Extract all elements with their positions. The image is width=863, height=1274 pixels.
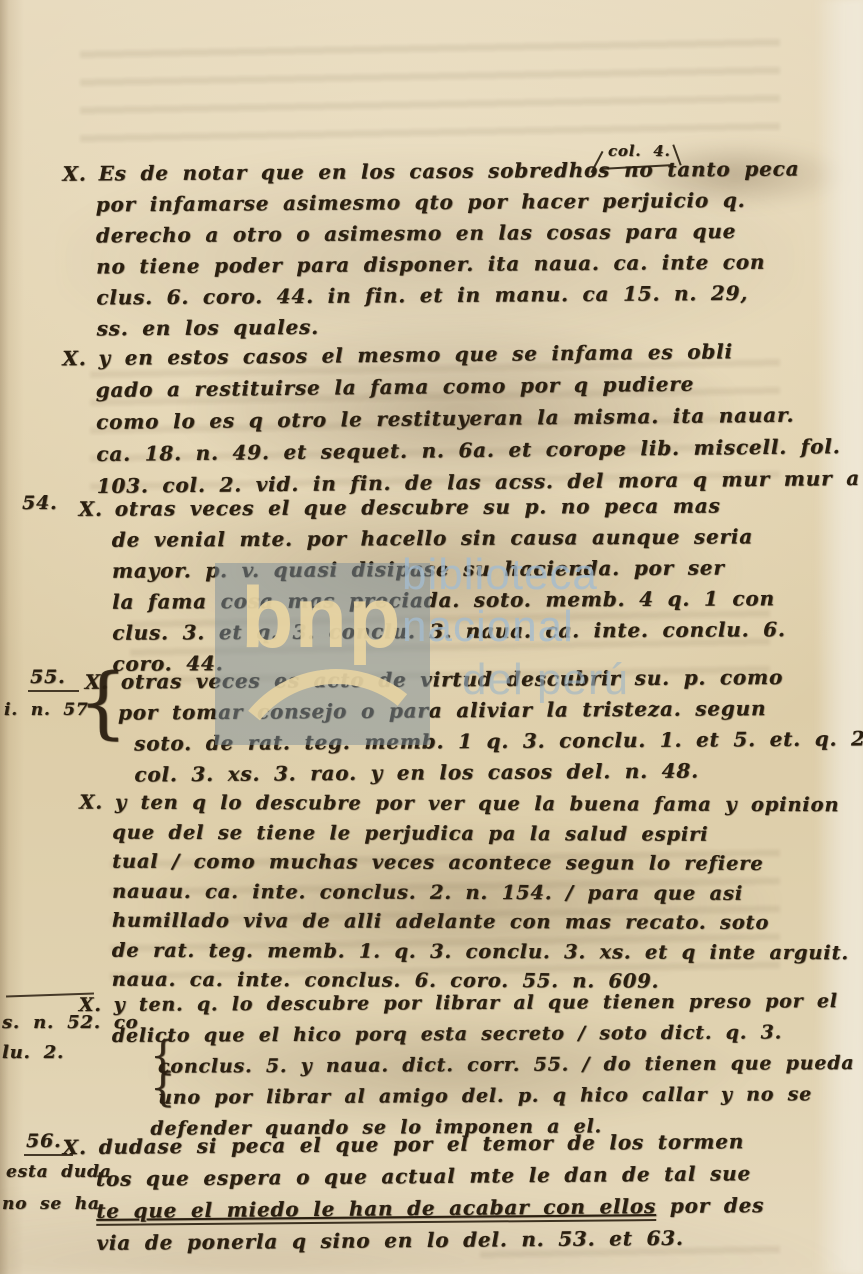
manuscript-line: por tomar consejo o para aliviar la tris… xyxy=(118,692,863,728)
manuscript-line: no tiene poder para disponer. ita naua. … xyxy=(96,247,800,283)
margin-brace: { xyxy=(150,1068,176,1108)
margin-note-n52-line2: lu. 2. xyxy=(2,1038,138,1068)
manuscript-line: por infamarse asimesmo qto por hacer per… xyxy=(96,185,800,221)
margin-number-55-text: 55. xyxy=(28,666,79,692)
manuscript-line: de venial mte. por hacello sin causa aun… xyxy=(112,521,786,556)
ink-bleedthrough xyxy=(80,30,780,150)
manuscript-line: tual / como muchas veces acontece segun … xyxy=(112,847,849,879)
manuscript-line: clus. 3. et q. 3. conclu. 3. naua. ca. i… xyxy=(112,614,786,649)
manuscript-line: X.y ten. q. lo descubre por librar al qu… xyxy=(112,986,855,1021)
manuscript-line: de rat. teg. memb. 1. q. 3. conclu. 3. x… xyxy=(112,935,849,967)
paragraph-5: X.y ten q lo descubre por ver que la bue… xyxy=(112,788,850,997)
margin-note-n52: s. n. 52. co lu. 2. xyxy=(2,1008,138,1068)
manuscript-line: nauau. ca. inte. conclus. 2. n. 154. / p… xyxy=(112,876,849,908)
section-marker: X. xyxy=(79,791,103,814)
manuscript-line: soto. de rat. teg. memb. 1 q. 3. conclu.… xyxy=(134,723,863,759)
manuscript-line: la fama cosa mas preciada. soto. memb. 4… xyxy=(112,583,786,618)
manuscript-line: clus. 6. coro. 44. in fin. et in manu. c… xyxy=(96,278,800,314)
section-marker: X. xyxy=(62,162,86,186)
paragraph-4: X.otras veces es acto de virtud descubri… xyxy=(118,661,863,790)
manuscript-line: delicto que el hico porq esta secreto / … xyxy=(112,1017,855,1052)
margin-note-no-se-ha: no se ha xyxy=(2,1194,100,1214)
margin-note-esta-duda: esta duda xyxy=(6,1162,112,1182)
margin-number-54: 54. xyxy=(22,492,57,514)
margin-number-56-text: 56. xyxy=(24,1130,73,1156)
margin-brace: { xyxy=(78,664,128,742)
manuscript-line: mayor. p. v. quasi disipase su hacienda.… xyxy=(112,552,786,587)
manuscript-line: derecho a otro o asimesmo en las cosas p… xyxy=(96,216,800,252)
manuscript-line: conclus. 5. y naua. dict. corr. 55. / do… xyxy=(158,1048,855,1083)
manuscript-line: uno por librar al amigo del. p. q hico c… xyxy=(158,1079,855,1114)
manuscript-line: X.y ten q lo descubre por ver que la bue… xyxy=(112,788,849,820)
manuscript-line: humillado viva de alli adelante con mas … xyxy=(112,906,849,938)
margin-note-n52-line1: s. n. 52. co xyxy=(2,1008,138,1038)
paragraph-3: X.otras veces el que descubre su p. no p… xyxy=(112,490,786,680)
margin-note-n57: i. n. 57 xyxy=(4,700,89,720)
margin-number-55: 55. xyxy=(28,666,79,688)
paragraph-2: X.y en estos casos el mesmo que se infam… xyxy=(95,334,860,502)
manuscript-line: via de ponerla q sino en lo del. n. 53. … xyxy=(96,1221,764,1259)
manuscript-line: col. 3. xs. 3. rao. y en los casos del. … xyxy=(134,754,863,790)
paragraph-7: X.dudase si peca el que por el temor de … xyxy=(95,1125,764,1259)
section-marker: X. xyxy=(62,346,86,370)
paragraph-1: X.Es de notar que en los casos sobredhos… xyxy=(95,154,800,345)
manuscript-line: X.Es de notar que en los casos sobredhos… xyxy=(95,154,799,190)
manuscript-line: que del se tiene le perjudica pa la salu… xyxy=(112,817,849,849)
manuscript-line: X.otras veces es acto de virtud descubri… xyxy=(118,661,863,697)
margin-number-56: 56. xyxy=(24,1130,73,1152)
paragraph-6: X.y ten. q. lo descubre por librar al qu… xyxy=(112,986,855,1145)
manuscript-page: col. 4. X.Es de notar que en los casos s… xyxy=(0,0,863,1274)
section-marker: X. xyxy=(79,497,103,521)
underlined-text: te que el miedo le han de acabar con ell… xyxy=(96,1194,656,1226)
manuscript-line: X.otras veces el que descubre su p. no p… xyxy=(112,490,786,525)
